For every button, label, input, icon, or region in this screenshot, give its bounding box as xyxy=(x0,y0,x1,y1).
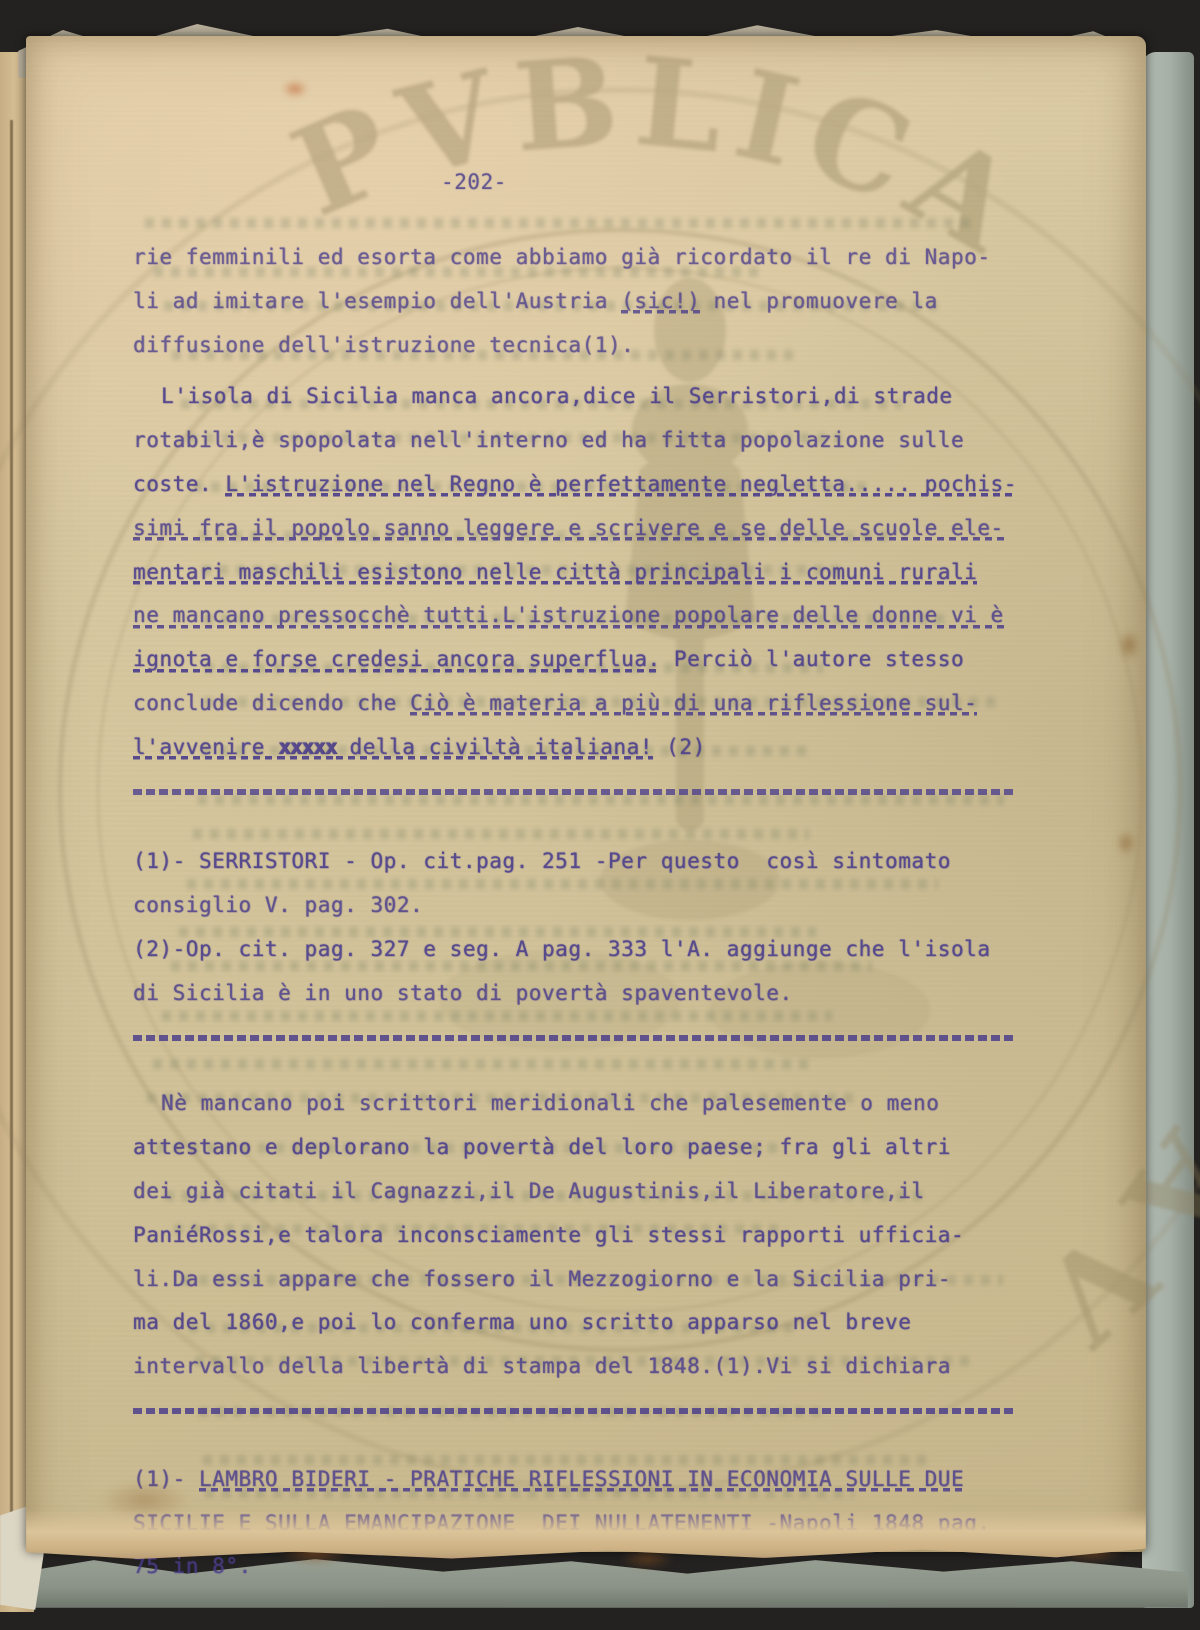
typed-line: mentari maschili esistono nelle città pr… xyxy=(133,551,1017,595)
typed-text-segment: (1)- xyxy=(133,1467,199,1491)
typed-text-segment: di Sicilia è in uno stato di povertà spa… xyxy=(133,981,793,1005)
typed-line: ma del 1860,e poi lo conferma uno scritt… xyxy=(133,1301,1017,1345)
binding-crease-line xyxy=(10,120,13,1550)
dashed-rule xyxy=(133,1408,1017,1414)
typed-line: rie femminili ed esorta come abbiamo già… xyxy=(133,236,1017,280)
typed-separator-line xyxy=(133,1035,1017,1079)
typed-text-segment: della civiltà italiana! xyxy=(336,735,653,761)
typed-text-segment: nel promuovere la xyxy=(700,289,937,313)
typed-line: Nè mancano poi scrittori meridionali che… xyxy=(133,1082,1017,1126)
typed-line: coste. L'istruzione nel Regno è perfetta… xyxy=(133,463,1017,507)
typed-text-segment: rotabili,è spopolata nell'interno ed ha … xyxy=(133,428,964,452)
typed-text-segment: attestano e deplorano la povertà del lor… xyxy=(133,1135,951,1159)
typed-line: conclude dicendo che Ciò è materia a più… xyxy=(133,682,1017,726)
typed-line: PaniéRossi,e talora inconsciamente gli s… xyxy=(133,1214,1017,1258)
typed-text-segment: dei già citati il Cagnazzi,il De Augusti… xyxy=(133,1179,925,1203)
typed-text-segment: PaniéRossi,e talora inconsciamente gli s… xyxy=(133,1223,964,1247)
typed-text-segment: Ciò è materia a più di una riflessione s… xyxy=(410,691,977,717)
typed-text-segment: conclude dicendo che xyxy=(133,691,410,715)
typed-line: ne mancano pressocchè tutti.L'istruzione… xyxy=(133,594,1017,638)
typed-line: ignota e forse credesi ancora superflua.… xyxy=(133,638,1017,682)
typed-line: (2)-Op. cit. pag. 327 e seg. A pag. 333 … xyxy=(133,928,1017,972)
typed-text-segment: (sic!) xyxy=(621,289,700,315)
typed-text-segment: ne mancano pressocchè tutti.L'istruzione… xyxy=(133,603,1004,629)
typed-text-segment: diffusione dell'istruzione tecnica(1). xyxy=(133,333,634,357)
dashed-rule xyxy=(133,789,1017,795)
typed-separator-line xyxy=(133,1408,1017,1452)
typed-text-segment: (1)- SERRISTORI - Op. cit.pag. 251 -Per … xyxy=(133,849,951,873)
typed-text-block: rie femminili ed esorta come abbiamo già… xyxy=(133,236,1017,1589)
typed-text-segment: Nè mancano poi scrittori meridionali che… xyxy=(161,1091,939,1115)
typed-text-segment: mentari maschili esistono nelle città pr… xyxy=(133,560,977,586)
struck-out-word: xxxxx xyxy=(278,735,336,761)
typed-line: rotabili,è spopolata nell'interno ed ha … xyxy=(133,419,1017,463)
scanned-document-page: PVBLICA AV -202- rie femminili ed esorta… xyxy=(0,0,1200,1630)
typed-text-segment: L'isola di Sicilia manca ancora,dice il … xyxy=(161,384,953,408)
typed-line: diffusione dell'istruzione tecnica(1). xyxy=(133,324,1017,368)
dashed-rule xyxy=(133,1035,1017,1041)
typed-text-segment: LAMBRO BIDERI - PRATICHE RIFLESSIONI IN … xyxy=(199,1467,964,1493)
typed-text-segment: Perciò l'autore stesso xyxy=(661,647,964,671)
typed-line: li ad imitare l'esempio dell'Austria (si… xyxy=(133,280,1017,324)
typed-text-segment: consiglio V. pag. 302. xyxy=(133,893,423,917)
typed-line: li.Da essi appare che fossero il Mezzogi… xyxy=(133,1258,1017,1302)
typed-line: (1)- LAMBRO BIDERI - PRATICHE RIFLESSION… xyxy=(133,1458,1017,1502)
typed-text-segment: l'avvenire xyxy=(133,735,278,761)
typed-line: attestano e deplorano la povertà del lor… xyxy=(133,1126,1017,1170)
typed-text-segment: ma del 1860,e poi lo conferma uno scritt… xyxy=(133,1310,911,1334)
typed-line: simi fra il popolo sanno leggere e scriv… xyxy=(133,507,1017,551)
typed-text-segment: (2) xyxy=(653,735,706,759)
typed-text-segment: L'istruzione nel Regno è perfettamente n… xyxy=(225,472,1017,498)
typed-line: intervallo della libertà di stampa del 1… xyxy=(133,1345,1017,1389)
underlying-page-edge xyxy=(1142,52,1194,1608)
typed-separator-line xyxy=(133,789,1017,833)
typed-line: di Sicilia è in uno stato di povertà spa… xyxy=(133,972,1017,1016)
typed-line: (1)- SERRISTORI - Op. cit.pag. 251 -Per … xyxy=(133,840,1017,884)
typed-text-segment: li.Da essi appare che fossero il Mezzogi… xyxy=(133,1267,951,1291)
typed-line: L'isola di Sicilia manca ancora,dice il … xyxy=(133,375,1017,419)
typed-text-segment: coste. xyxy=(133,472,225,496)
typed-text-segment: rie femminili ed esorta come abbiamo già… xyxy=(133,245,991,269)
typed-text-segment: (2)-Op. cit. pag. 327 e seg. A pag. 333 … xyxy=(133,937,991,961)
typed-text-segment: intervallo della libertà di stampa del 1… xyxy=(133,1354,951,1378)
page-number: -202- xyxy=(441,170,507,194)
typed-line: consiglio V. pag. 302. xyxy=(133,884,1017,928)
typed-text-segment: li ad imitare l'esempio dell'Austria xyxy=(133,289,621,313)
typed-text-segment: simi fra il popolo sanno leggere e scriv… xyxy=(133,516,1004,542)
typed-text-segment: ignota e forse credesi ancora superflua. xyxy=(133,647,661,673)
typed-line: dei già citati il Cagnazzi,il De Augusti… xyxy=(133,1170,1017,1214)
typed-line: l'avvenire xxxxx della civiltà italiana!… xyxy=(133,726,1017,770)
